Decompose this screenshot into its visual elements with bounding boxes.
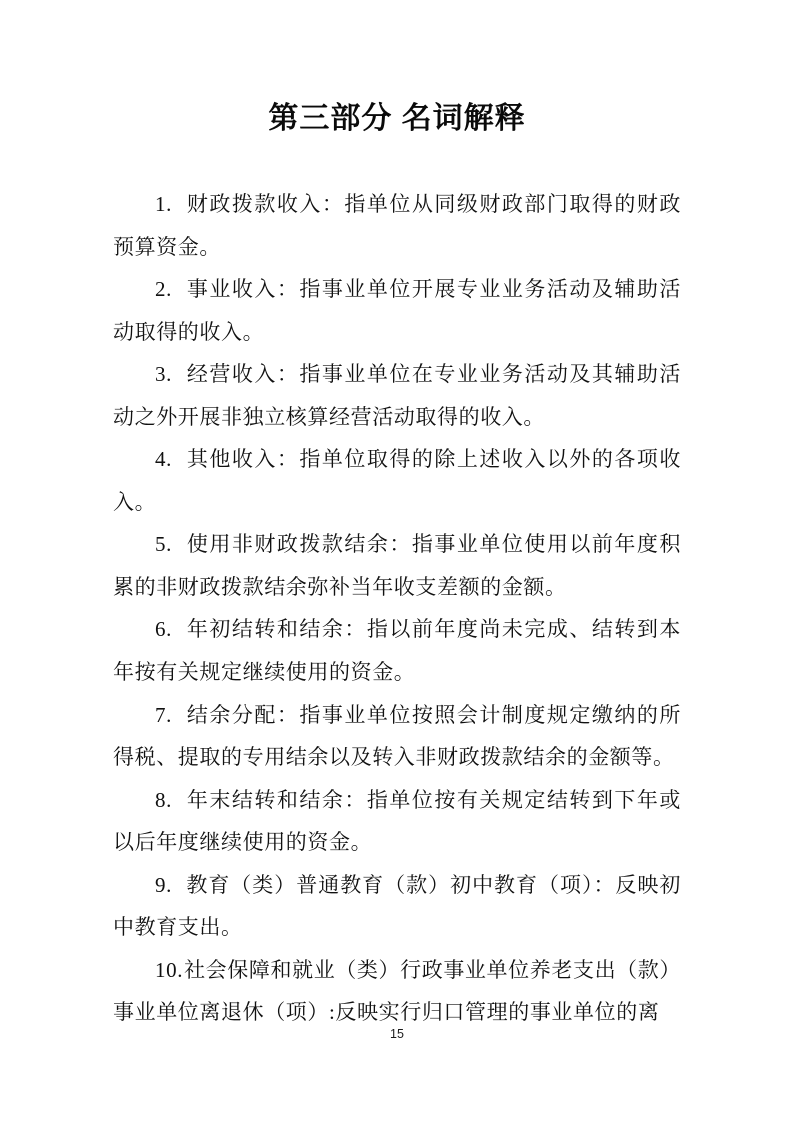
- item-text: 事业收入：指事业单位开展专业业务活动及辅助活动取得的收入。: [113, 277, 681, 344]
- item-number: 3.: [155, 362, 172, 386]
- glossary-item-10: 10.社会保障和就业（类）行政事业单位养老支出（款）事业单位离退休（项）:反映实…: [113, 949, 681, 1034]
- item-number: 4.: [155, 447, 172, 471]
- item-number: 9.: [155, 873, 172, 897]
- item-number: 7.: [155, 703, 172, 727]
- item-number: 2.: [155, 277, 172, 301]
- item-text: 教育（类）普通教育（款）初中教育（项）：反映初中教育支出。: [113, 873, 681, 940]
- glossary-item-9: 9.教育（类）普通教育（款）初中教育（项）：反映初中教育支出。: [113, 864, 681, 949]
- glossary-item-4: 4.其他收入：指单位取得的除上述收入以外的各项收入。: [113, 438, 681, 523]
- glossary-content: 1.财政拨款收入：指单位从同级财政部门取得的财政预算资金。 2.事业收入：指事业…: [0, 183, 794, 1034]
- item-text: 年末结转和结余：指单位按有关规定结转到下年或以后年度继续使用的资金。: [113, 788, 681, 855]
- item-text: 其他收入：指单位取得的除上述收入以外的各项收入。: [113, 447, 681, 514]
- page-number: 15: [390, 1027, 404, 1041]
- glossary-item-1: 1.财政拨款收入：指单位从同级财政部门取得的财政预算资金。: [113, 183, 681, 268]
- item-text: 结余分配：指事业单位按照会计制度规定缴纳的所得税、提取的专用结余以及转入非财政拨…: [113, 703, 681, 770]
- glossary-item-3: 3.经营收入：指事业单位在专业业务活动及其辅助活动之外开展非独立核算经营活动取得…: [113, 353, 681, 438]
- page-title: 第三部分 名词解释: [0, 0, 794, 141]
- item-number: 6.: [155, 617, 172, 641]
- document-page: 第三部分 名词解释 1.财政拨款收入：指单位从同级财政部门取得的财政预算资金。 …: [0, 0, 794, 1123]
- item-text: 经营收入：指事业单位在专业业务活动及其辅助活动之外开展非独立核算经营活动取得的收…: [113, 362, 681, 429]
- glossary-item-8: 8.年末结转和结余：指单位按有关规定结转到下年或以后年度继续使用的资金。: [113, 779, 681, 864]
- item-text: 使用非财政拨款结余：指事业单位使用以前年度积累的非财政拨款结余弥补当年收支差额的…: [113, 532, 681, 599]
- glossary-item-6: 6.年初结转和结余：指以前年度尚未完成、结转到本年按有关规定继续使用的资金。: [113, 608, 681, 693]
- glossary-item-5: 5.使用非财政拨款结余：指事业单位使用以前年度积累的非财政拨款结余弥补当年收支差…: [113, 523, 681, 608]
- item-text: 年初结转和结余：指以前年度尚未完成、结转到本年按有关规定继续使用的资金。: [113, 617, 681, 684]
- item-number: 1.: [155, 192, 172, 216]
- item-number: 10.: [155, 958, 183, 982]
- item-number: 8.: [155, 788, 172, 812]
- item-text: 财政拨款收入：指单位从同级财政部门取得的财政预算资金。: [113, 192, 681, 259]
- page-footer: 15: [0, 1026, 794, 1042]
- item-number: 5.: [155, 532, 172, 556]
- glossary-item-2: 2.事业收入：指事业单位开展专业业务活动及辅助活动取得的收入。: [113, 268, 681, 353]
- glossary-item-7: 7.结余分配：指事业单位按照会计制度规定缴纳的所得税、提取的专用结余以及转入非财…: [113, 694, 681, 779]
- item-text: 社会保障和就业（类）行政事业单位养老支出（款）事业单位离退休（项）:反映实行归口…: [113, 958, 681, 1025]
